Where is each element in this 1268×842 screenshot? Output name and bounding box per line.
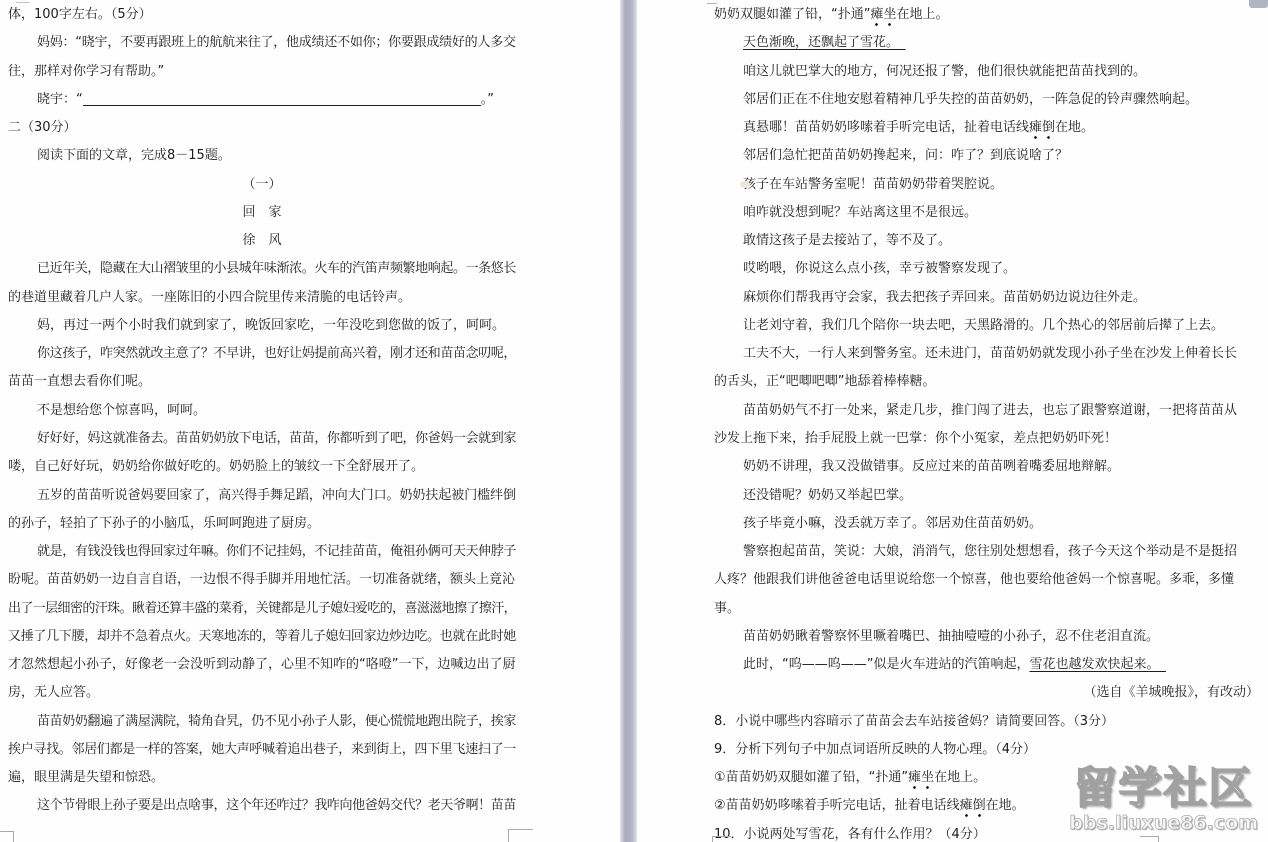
text-boundary-mark xyxy=(712,836,731,842)
text-line: 遍，眼里满是失望和惊恐。 xyxy=(8,764,516,792)
gray-corner-artifact xyxy=(1249,0,1268,8)
text-line: 邻居们正在不住地安慰着精神几乎失控的苗苗奶奶，一阵急促的铃声骤然响起。 xyxy=(714,86,1259,114)
right-page-text-column: 奶奶双腿如灌了铅，“扑通”瘫坐在地上。天色渐晚，还飘起了雪花。 咱这儿就巴掌大的… xyxy=(714,1,1259,842)
text-line: 就是，有钱没钱也得回家过年嘛。你们不记挂妈，不记挂苗苗，俺祖孙俩可天天伸脖子 xyxy=(8,538,516,566)
text-line: 10．小说两处写雪花，各有什么作用？（4分） xyxy=(714,821,1259,842)
left-page-text-column: 体，100字左右。（5分）妈妈：“晓宇，不要再跟班上的航航来往了，他成绩还不如你… xyxy=(8,1,516,821)
text-line: 麻烦你们帮我再守会家，我去把孩子弄回来。苗苗奶奶边说边往外走。 xyxy=(714,284,1259,312)
text-line: 邻居们急忙把苗苗奶奶搀起来，问：咋了？到底说啥了？ xyxy=(714,142,1259,170)
text-line: 孩子毕竟小嘛，没丢就万幸了。邻居劝住苗苗奶奶。 xyxy=(714,510,1259,538)
text-boundary-mark xyxy=(16,0,30,3)
text-segment: 此时，“呜——呜——”似是火车进站的汽笛响起， xyxy=(743,657,1029,672)
text-line: 咱这儿就巴掌大的地方，何况还报了警，他们很快就能把苗苗找到的。 xyxy=(714,58,1259,86)
emphasized-text: 瘫坐 xyxy=(870,7,896,26)
text-line: 阅读下面的文章，完成8－15题。 xyxy=(8,142,516,170)
answer-blank xyxy=(83,93,481,106)
text-line: 苗苗奶奶气不打一处来，紧走几步，推门闯了进去，也忘了跟警察道谢，一把将苗苗从 xyxy=(714,397,1259,425)
text-line: 苗苗奶奶瞅着警察怀里噘着嘴巴、抽抽噎噎的小孙子，忍不住老泪直流。 xyxy=(714,623,1259,651)
text-line: 哎哟喂，你说这么点小孩，幸亏被警察发现了。 xyxy=(714,255,1259,283)
text-segment: 晓宇：“ xyxy=(37,92,83,107)
text-line: 喽，自己好好玩，奶奶给你做好吃的。奶奶脸上的皱纹一下全舒展开了。 xyxy=(8,453,516,481)
text-line: 的巷道里藏着几户人家。一座陈旧的小四合院里传来清脆的电话铃声。 xyxy=(8,284,516,312)
text-line: 真悬哪！苗苗奶奶哆嗦着手听完电话，扯着电话线瘫倒在地。 xyxy=(714,114,1259,142)
text-line: 工夫不大，一行人来到警务室。还未进门，苗苗奶奶就发现小孙子坐在沙发上伸着长长 xyxy=(714,340,1259,368)
text-line: 敢情这孩子是去接站了，等不及了。 xyxy=(714,227,1259,255)
underlined-text: 雪花也越发欢快起来。 xyxy=(1029,657,1166,672)
emphasized-text: 瘫坐 xyxy=(908,770,934,789)
underlined-text: 天色渐晚，还飘起了雪花。 xyxy=(743,35,906,50)
text-boundary-mark xyxy=(707,0,717,4)
text-line: 挨户寻找。邻居们都是一样的答案，她大声呼喊着追出巷子，来到街上，四下里飞速扫了一 xyxy=(8,736,516,764)
text-line: 盼呢。苗苗奶奶一边自言自语，一边恨不得手脚并用地忙活。一切准备就绪，额头上竟沁 xyxy=(8,566,516,594)
document-canvas: { "colors": { "page_bg": "#ffffff", "tex… xyxy=(0,0,1268,842)
text-segment: 在地上。 xyxy=(934,770,986,785)
document-page-right: 奶奶双腿如灌了铅，“扑通”瘫坐在地上。天色渐晚，还飘起了雪花。 咱这儿就巴掌大的… xyxy=(637,0,1268,842)
text-segment: 在地。 xyxy=(1055,120,1094,135)
text-line: 好好好，妈这就准备去。苗苗奶奶放下电话，苗苗，你都听到了吧，你爸妈一会就到家 xyxy=(8,425,516,453)
text-line: 体，100字左右。（5分） xyxy=(8,1,516,29)
smudge-artifact xyxy=(740,181,750,188)
text-segment: ②苗苗奶奶哆嗦着手听完电话，扯着电话线 xyxy=(714,798,960,813)
text-segment: 真悬哪！苗苗奶奶哆嗦着手听完电话，扯着电话线 xyxy=(743,120,1029,135)
text-line: 妈，再过一两个小时我们就到家了，晚饭回家吃，一年没吃到您做的饭了，呵呵。 xyxy=(8,312,516,340)
text-line: 苗苗一直想去看你们呢。 xyxy=(8,368,516,396)
text-line: ①苗苗奶奶双腿如灌了铅，“扑通”瘫坐在地上。 xyxy=(714,764,1259,792)
text-boundary-mark xyxy=(508,829,533,842)
text-line: 咱咋就没想到呢？车站离这里不是很远。 xyxy=(714,199,1259,227)
text-line: 奶奶不讲理，我又没做错事。反应过来的苗苗咧着嘴委屈地辩解。 xyxy=(714,453,1259,481)
text-segment: 在地。 xyxy=(986,798,1025,813)
text-line: 事。 xyxy=(714,595,1259,623)
page-separator xyxy=(620,0,637,842)
text-line: 此时，“呜——呜——”似是火车进站的汽笛响起，雪花也越发欢快起来。 xyxy=(714,651,1259,679)
text-line: 才忽然想起小孙子，好像老一会没听到动静了，心里不知咋的“咯噔”一下，边喊边出了厨 xyxy=(8,651,516,679)
text-line: 往，那样对你学习有帮助。” xyxy=(8,58,516,86)
text-line: 孩子在车站警务室呢！苗苗奶奶带着哭腔说。 xyxy=(714,171,1259,199)
text-line: （一） xyxy=(8,171,516,199)
text-line: 不是想给您个惊喜吗，呵呵。 xyxy=(8,397,516,425)
text-segment: 奶奶双腿如灌了铅，“扑通” xyxy=(714,7,870,22)
text-line: 还没错呢？奶奶又举起巴掌。 xyxy=(714,482,1259,510)
text-segment: 在地上。 xyxy=(897,7,949,22)
text-boundary-mark xyxy=(0,831,14,842)
text-line: 出了一层细密的汗珠。瞅着还算丰盛的菜肴，关键都是儿子媳妇爱吃的，喜滋滋地擦了擦汗… xyxy=(8,595,516,623)
text-line: 人疼？他跟我们讲他爸爸电话里说给您一个惊喜，他也要给他爸妈一个惊喜呢。多乖，多懂 xyxy=(714,566,1259,594)
text-line: 的孙子，轻拍了下孙子的小脑瓜，乐呵呵跑进了厨房。 xyxy=(8,510,516,538)
text-line: 已近年关，隐藏在大山褶皱里的小县城年味渐浓。火车的汽笛声频繁地响起。一条悠长 xyxy=(8,255,516,283)
text-line: 9．分析下列句子中加点词语所反映的人物心理。（4分） xyxy=(714,736,1259,764)
text-segment: 。” xyxy=(481,92,494,107)
text-line: 天色渐晚，还飘起了雪花。 xyxy=(714,29,1259,57)
text-segment: ①苗苗奶奶双腿如灌了铅，“扑通” xyxy=(714,770,908,785)
text-boundary-mark xyxy=(1140,836,1159,842)
text-line: 二（30分） xyxy=(8,114,516,142)
text-line: 警察抱起苗苗，笑说：大娘，消消气，您往别处想想看，孩子今天这个举动是不是挺招 xyxy=(714,538,1259,566)
text-line: （选自《羊城晚报》，有改动） xyxy=(714,679,1259,707)
text-line: 又捶了几下腰，却并不急着点火。天寒地冻的，等着儿子媳妇回家边炒边吃。也就在此时她 xyxy=(8,623,516,651)
text-line: 回 家 xyxy=(8,199,516,227)
text-line: 徐 风 xyxy=(8,227,516,255)
emphasized-text: 瘫倒 xyxy=(1029,120,1055,139)
document-page-left: 体，100字左右。（5分）妈妈：“晓宇，不要再跟班上的航航来往了，他成绩还不如你… xyxy=(0,0,620,842)
text-line: 你这孩子，咋突然就改主意了？不早讲，也好让妈提前高兴着，刚才还和苗苗念叨呢， xyxy=(8,340,516,368)
text-line: 8．小说中哪些内容暗示了苗苗会去车站接爸妈？请简要回答。（3分） xyxy=(714,708,1259,736)
text-line: ②苗苗奶奶哆嗦着手听完电话，扯着电话线瘫倒在地。 xyxy=(714,792,1259,820)
emphasized-text: 瘫倒 xyxy=(960,798,986,817)
text-line: 苗苗奶奶翻遍了满屋满院，犄角旮旯，仍不见小孙子人影，便心慌慌地跑出院子，挨家 xyxy=(8,708,516,736)
text-line: 这个节骨眼上孙子要是出点啥事，这个年还咋过？我咋向他爸妈交代？老天爷啊！苗苗 xyxy=(8,792,516,820)
text-line: 的舌头，正“吧唧吧唧”地舔着棒棒糖。 xyxy=(714,368,1259,396)
text-line: 房，无人应答。 xyxy=(8,679,516,707)
text-line: 五岁的苗苗听说爸妈要回家了，高兴得手舞足蹈，冲向大门口。奶奶扶起被门槛绊倒 xyxy=(8,482,516,510)
text-line: 晓宇：“。” xyxy=(8,86,516,114)
text-line: 让老刘守着，我们几个陪你一块去吧，天黑路滑的。几个热心的邻居前后撵了上去。 xyxy=(714,312,1259,340)
text-line: 妈妈：“晓宇，不要再跟班上的航航来往了，他成绩还不如你；你要跟成绩好的人多交 xyxy=(8,29,516,57)
text-line: 沙发上拖下来，抬手屁股上就一巴掌：你个小冤家，差点把奶奶吓死！ xyxy=(714,425,1259,453)
text-line: 奶奶双腿如灌了铅，“扑通”瘫坐在地上。 xyxy=(714,1,1259,29)
